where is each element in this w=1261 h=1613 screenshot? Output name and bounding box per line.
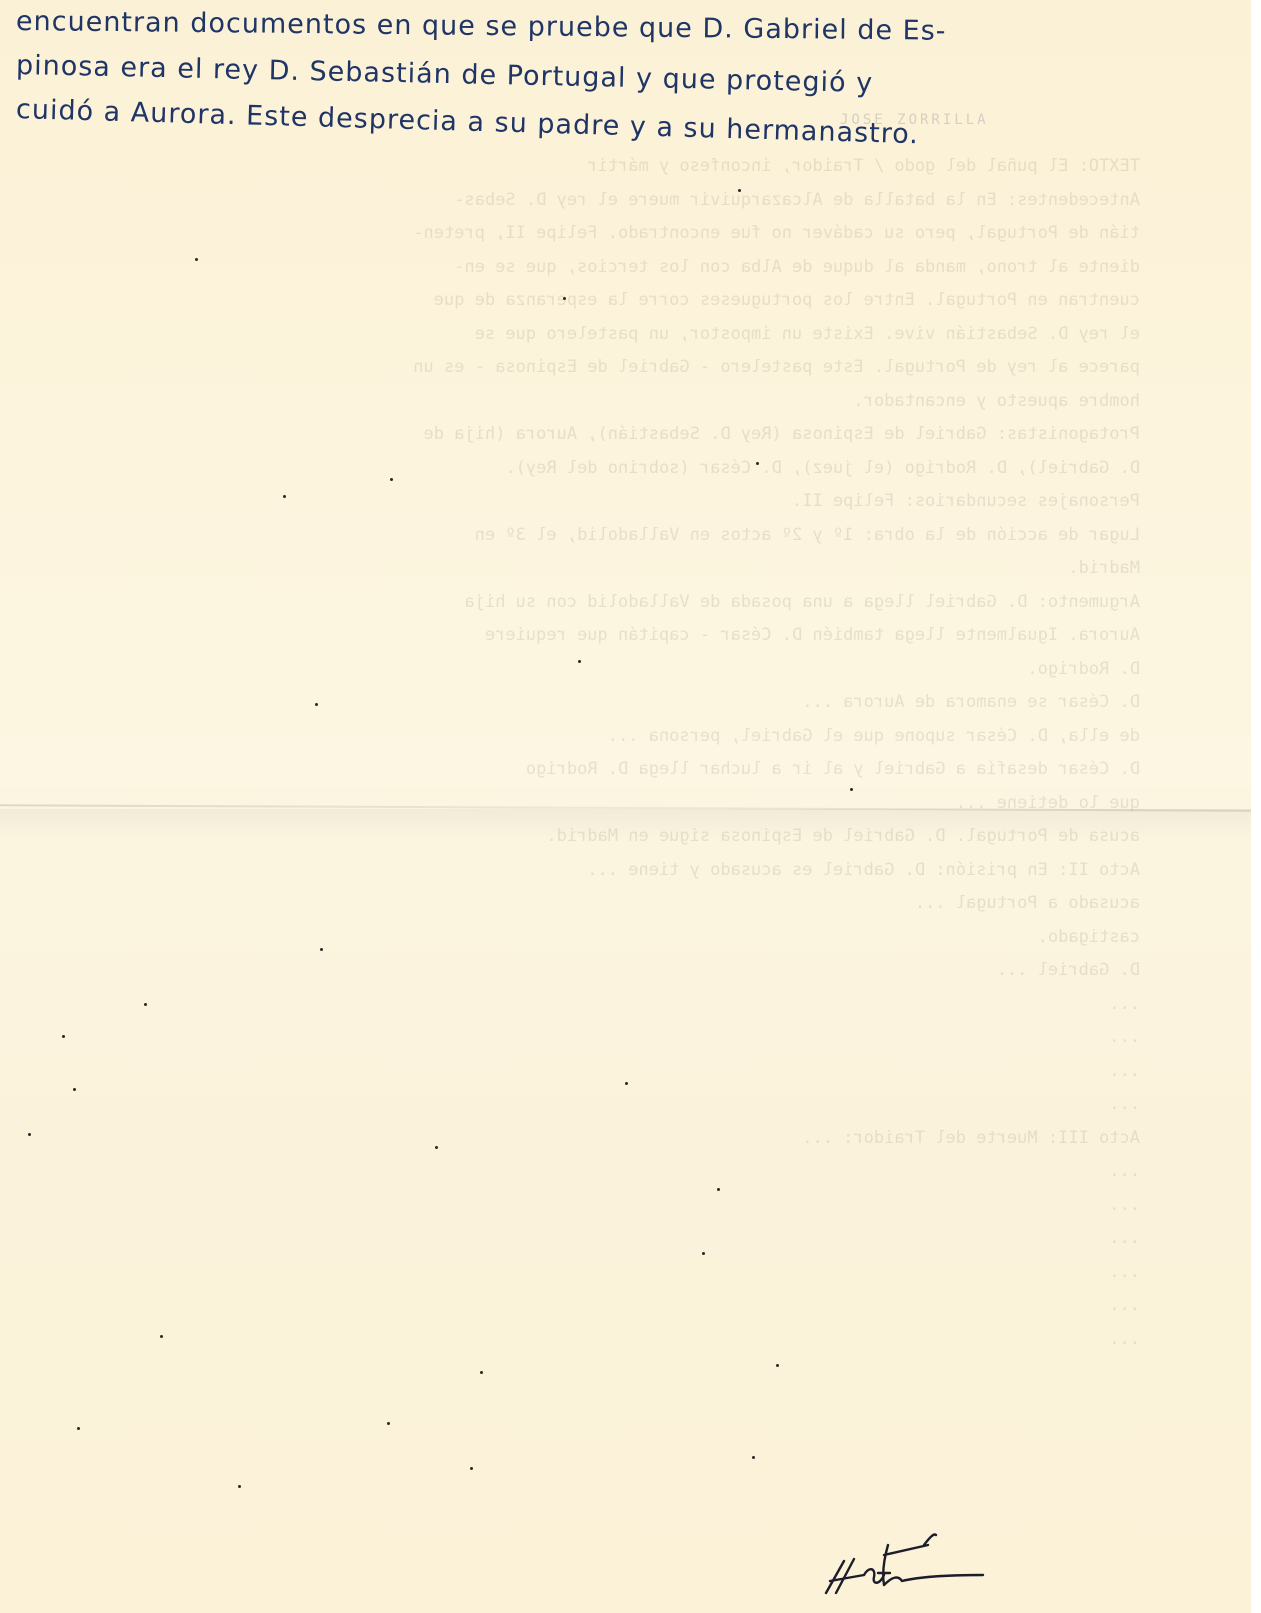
bleed-through-line: hombre apuesto y encantador. [60, 385, 1140, 419]
bleed-through-line: D. Gabriel), D. Rodrigo (el juez), D. Cé… [60, 452, 1140, 486]
bleed-through-line: ... [60, 1222, 1140, 1256]
bleed-through-line: Acto III: Muerte del Traidor: ... [60, 1122, 1140, 1156]
bleed-through-line: Argumento: D. Gabriel llega a una posada… [60, 586, 1140, 620]
bleed-through-line: ... [60, 1088, 1140, 1122]
document-page: JOSE ZORRILLA TEXTO: El puñal del godo /… [0, 0, 1256, 1613]
bleed-through-line: parece al rey de Portugal. Este pasteler… [60, 351, 1140, 385]
bleed-through-line: acusado a Portugal ... [60, 887, 1140, 921]
bleed-through-line: ... [60, 988, 1140, 1022]
bleed-through-line: castigado. [60, 921, 1140, 955]
bleed-through-line: TEXTO: El puñal del godo / Traidor, inco… [60, 150, 1140, 184]
handwritten-line-1: encuentran documentos en que se pruebe q… [16, 6, 947, 47]
bleed-through-line: Protagonistas: Gabriel de Espinosa (Rey … [60, 418, 1140, 452]
bleed-through-line: Antecedentes: En la batalla de Alcazarqu… [60, 184, 1140, 218]
bleed-through-line: tián de Portugal, pero su cadáver no fue… [60, 217, 1140, 251]
bleed-through-line: Aurora. Igualmente llega también D. Césa… [60, 619, 1140, 653]
bleed-through-line: ... [60, 1155, 1140, 1189]
bleed-through-line: ... [60, 1256, 1140, 1290]
bleed-through-line: Personajes secundarios: Felipe II. [60, 485, 1140, 519]
bleed-through-line: Lugar de acción de la obra: 1º y 2º acto… [60, 519, 1140, 553]
bleed-through-line: D. César desafía a Gabriel y al ir a luc… [60, 753, 1140, 787]
handwritten-line-2: pinosa era el rey D. Sebastián de Portug… [16, 50, 874, 99]
page-edge [1251, 0, 1256, 1613]
bleed-through-line: D. Rodrigo. [60, 653, 1140, 687]
bleed-through-line: ... [60, 1021, 1140, 1055]
bleed-through-line: D. César se enamora de Aurora ... [60, 686, 1140, 720]
bleed-through-line: ... [60, 1289, 1140, 1323]
bleed-through-text: TEXTO: El puñal del godo / Traidor, inco… [60, 150, 1140, 1356]
bleed-through-line: de ella, D. César supone que el Gabriel,… [60, 720, 1140, 754]
bleed-through-line: que lo detiene ... [60, 787, 1140, 821]
bleed-through-line: ... [60, 1055, 1140, 1089]
bleed-through-line: cuentran en Portugal. Entre los portugue… [60, 284, 1140, 318]
signature: J. Martín [818, 1515, 988, 1595]
bleed-through-line: el rey D. Sebastián vive. Existe un impo… [60, 318, 1140, 352]
handwritten-line-3: cuidó a Aurora. Este desprecia a su padr… [16, 94, 920, 150]
bleed-through-line: ... [60, 1323, 1140, 1357]
bleed-through-line: Madrid. [60, 552, 1140, 586]
bleed-through-line: D. Gabriel ... [60, 954, 1140, 988]
bleed-through-line: ... [60, 1189, 1140, 1223]
bleed-through-line: acusa de Portugal. D. Gabriel de Espinos… [60, 820, 1140, 854]
bleed-through-line: Acto II: En prisión: D. Gabriel es acusa… [60, 854, 1140, 888]
bleed-through-line: diente al trono, manda al duque de Alba … [60, 251, 1140, 285]
